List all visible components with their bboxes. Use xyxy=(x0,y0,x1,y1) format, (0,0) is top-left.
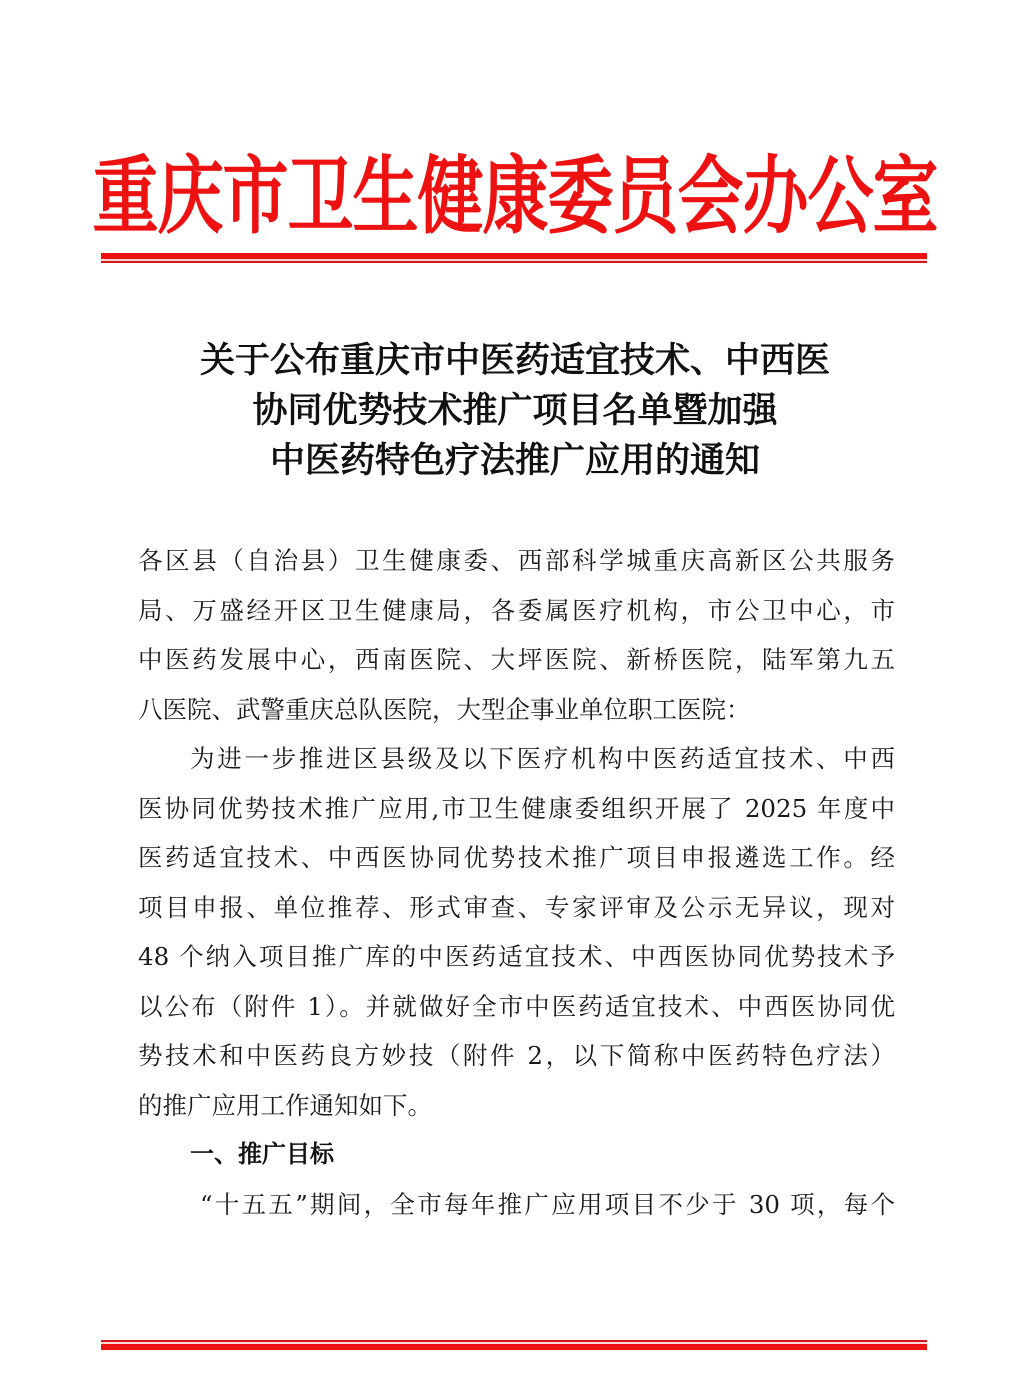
issuer-name: 重庆市卫生健康委员会办公室 xyxy=(93,135,938,258)
title-line: 关于公布重庆市中医药适宜技术、中西医 xyxy=(100,336,930,386)
document-body: 各区县（自治县）卫生健康委、西部科学城重庆高新区公共服务 局、万盛经开区卫生健康… xyxy=(138,536,895,1229)
addressee-line: 中医药发展中心，西南医院、大坪医院、新桥医院，陆军第九五 xyxy=(138,635,895,685)
title-line: 中医药特色疗法推广应用的通知 xyxy=(100,436,930,486)
rule-thin-line xyxy=(101,261,927,263)
paragraph-line: 项目申报、单位推荐、形式审查、专家评审及公示无异议，现对 xyxy=(138,883,895,933)
paragraph-line: 48 个纳入项目推广库的中医药适宜技术、中西医协同优势技术予 xyxy=(138,932,895,982)
paragraph-line: 为进一步推进区县级及以下医疗机构中医药适宜技术、中西 xyxy=(138,734,895,784)
paragraph-line: 以公布（附件 1）。并就做好全市中医药适宜技术、中西医协同优 xyxy=(138,982,895,1032)
paragraph-line: 医药适宜技术、中西医协同优势技术推广项目申报遴选工作。经 xyxy=(138,833,895,883)
section-heading-promotion-goals: 一、推广目标 xyxy=(138,1130,895,1180)
title-line: 协同优势技术推广项目名单暨加强 xyxy=(100,386,930,436)
rule-thick-line xyxy=(101,1344,927,1350)
paragraph-line: 的推广应用工作通知如下。 xyxy=(138,1081,895,1131)
addressee-line: 局、万盛经开区卫生健康局，各委属医疗机构，市公卫中心，市 xyxy=(138,586,895,636)
document-title: 关于公布重庆市中医药适宜技术、中西医 协同优势技术推广项目名单暨加强 中医药特色… xyxy=(100,336,930,486)
letterhead-red-rule xyxy=(101,253,927,263)
paragraph-line: “十五五”期间，全市每年推广应用项目不少于 30 项，每个 xyxy=(138,1180,895,1230)
paragraph-line: 势技术和中医药良方妙技（附件 2，以下简称中医药特色疗法） xyxy=(138,1031,895,1081)
paragraph-line: 医协同优势技术推广应用,市卫生健康委组织开展了 2025 年度中 xyxy=(138,784,895,834)
addressee-line: 八医院、武警重庆总队医院，大型企事业单位职工医院： xyxy=(138,685,895,735)
paragraph-intro: 为进一步推进区县级及以下医疗机构中医药适宜技术、中西 医协同优势技术推广应用,市… xyxy=(138,734,895,1130)
addressees: 各区县（自治县）卫生健康委、西部科学城重庆高新区公共服务 局、万盛经开区卫生健康… xyxy=(138,536,895,734)
addressee-line: 各区县（自治县）卫生健康委、西部科学城重庆高新区公共服务 xyxy=(138,536,895,586)
section-1-paragraph: “十五五”期间，全市每年推广应用项目不少于 30 项，每个 xyxy=(138,1180,895,1230)
footer-red-rule xyxy=(101,1340,927,1350)
letterhead: 重庆市卫生健康委员会办公室 xyxy=(100,148,930,244)
